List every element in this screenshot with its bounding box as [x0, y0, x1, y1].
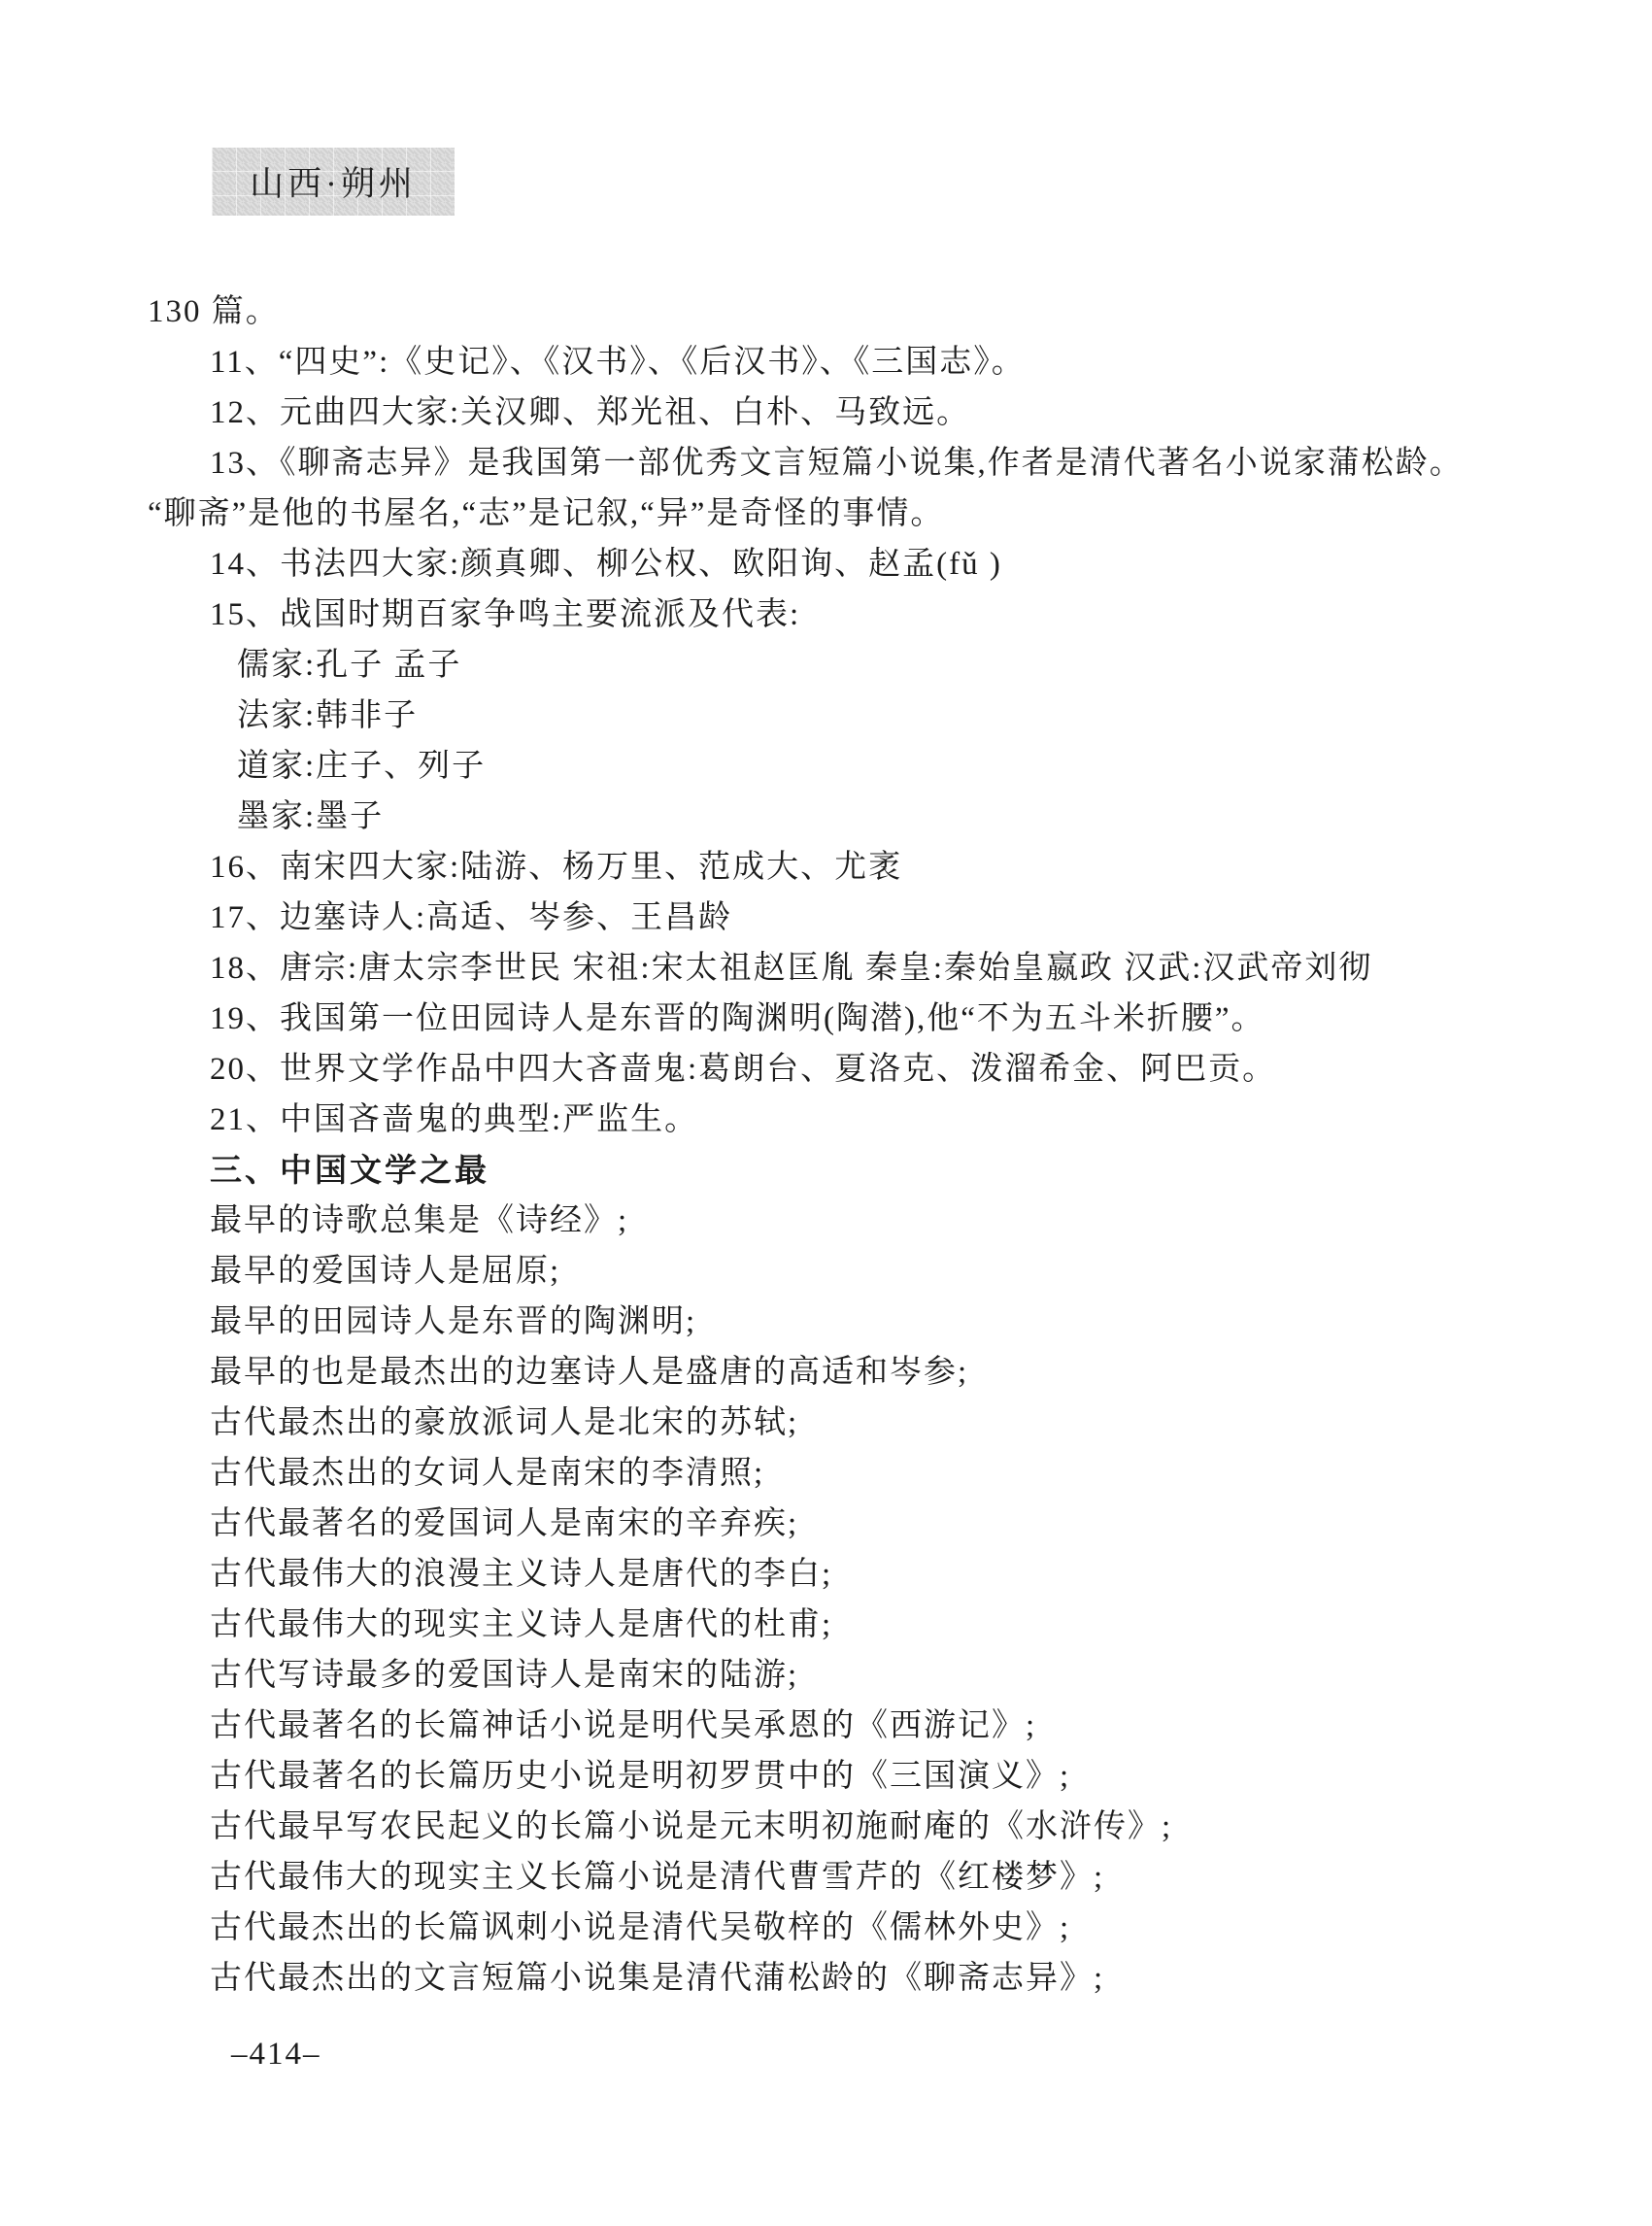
body-line: 11、“四史”:《史记》、《汉书》、《后汉书》、《三国志》。 — [148, 337, 1545, 388]
body-line: “聊斋”是他的书屋名,“志”是记叙,“异”是奇怪的事情。 — [148, 489, 1545, 539]
body-line: 古代最著名的长篇神话小说是明代吴承恩的《西游记》; — [148, 1701, 1545, 1751]
body-line: 18、唐宗:唐太宗李世民 宋祖:宋太祖赵匡胤 秦皇:秦始皇嬴政 汉武:汉武帝刘彻 — [148, 943, 1545, 994]
body-line: 古代最伟大的浪漫主义诗人是唐代的李白; — [148, 1549, 1545, 1600]
body-line: 13、《聊斋志异》是我国第一部优秀文言短篇小说集,作者是清代著名小说家蒲松龄。 — [148, 438, 1545, 489]
body-line: 古代最杰出的女词人是南宋的李清照; — [148, 1448, 1545, 1499]
section-heading: 三、中国文学之最 — [148, 1145, 1545, 1196]
body-line: 14、书法四大家:颜真卿、柳公权、欧阳询、赵孟(fǔ ) — [148, 539, 1545, 590]
body-line: 古代最著名的爱国词人是南宋的辛弃疾; — [148, 1499, 1545, 1549]
body-line: 12、元曲四大家:关汉卿、郑光祖、白朴、马致远。 — [148, 388, 1545, 438]
body-line: 古代最早写农民起义的长篇小说是元末明初施耐庵的《水浒传》; — [148, 1802, 1545, 1852]
body-line: 古代最杰出的长篇讽刺小说是清代吴敬梓的《儒林外史》; — [148, 1903, 1545, 1953]
body-line: 最早的爱国诗人是屈原; — [148, 1246, 1545, 1297]
body-line: 古代写诗最多的爱国诗人是南宋的陆游; — [148, 1650, 1545, 1701]
body-line: 古代最杰出的文言短篇小说集是清代蒲松龄的《聊斋志异》; — [148, 1953, 1545, 2004]
body-line: 21、中国吝啬鬼的典型:严监生。 — [148, 1095, 1545, 1145]
body-line: 最早的也是最杰出的边塞诗人是盛唐的高适和岑参; — [148, 1347, 1545, 1398]
body-line: 15、战国时期百家争鸣主要流派及代表: — [148, 590, 1545, 640]
body-line: 最早的诗歌总集是《诗经》; — [148, 1196, 1545, 1246]
body-line: 古代最伟大的现实主义长篇小说是清代曹雪芹的《红楼梦》; — [148, 1852, 1545, 1903]
body-line: 19、我国第一位田园诗人是东晋的陶渊明(陶潜),他“不为五斗米折腰”。 — [148, 994, 1545, 1044]
body-line: 道家:庄子、列子 — [148, 741, 1545, 792]
region-label-box: 山西·朔州 — [212, 148, 455, 216]
body-line: 130 篇。 — [148, 287, 1545, 337]
book-page: 山西·朔州 130 篇。11、“四史”:《史记》、《汉书》、《后汉书》、《三国志… — [0, 0, 1652, 2226]
body-line: 古代最著名的长篇历史小说是明初罗贯中的《三国演义》; — [148, 1751, 1545, 1802]
page-number: –414– — [231, 2038, 321, 2071]
body-line: 16、南宋四大家:陆游、杨万里、范成大、尤袤 — [148, 842, 1545, 893]
body-line: 儒家:孔子 孟子 — [148, 640, 1545, 691]
body-line: 古代最杰出的豪放派词人是北宋的苏轼; — [148, 1398, 1545, 1448]
region-label: 山西·朔州 — [250, 157, 417, 206]
body-line: 法家:韩非子 — [148, 691, 1545, 741]
body-line: 最早的田园诗人是东晋的陶渊明; — [148, 1297, 1545, 1347]
page-body: 130 篇。11、“四史”:《史记》、《汉书》、《后汉书》、《三国志》。12、元… — [148, 287, 1545, 2004]
body-line: 20、世界文学作品中四大吝啬鬼:葛朗台、夏洛克、泼溜希金、阿巴贡。 — [148, 1044, 1545, 1095]
body-line: 古代最伟大的现实主义诗人是唐代的杜甫; — [148, 1600, 1545, 1650]
body-line: 墨家:墨子 — [148, 792, 1545, 842]
body-line: 17、边塞诗人:高适、岑参、王昌龄 — [148, 893, 1545, 943]
